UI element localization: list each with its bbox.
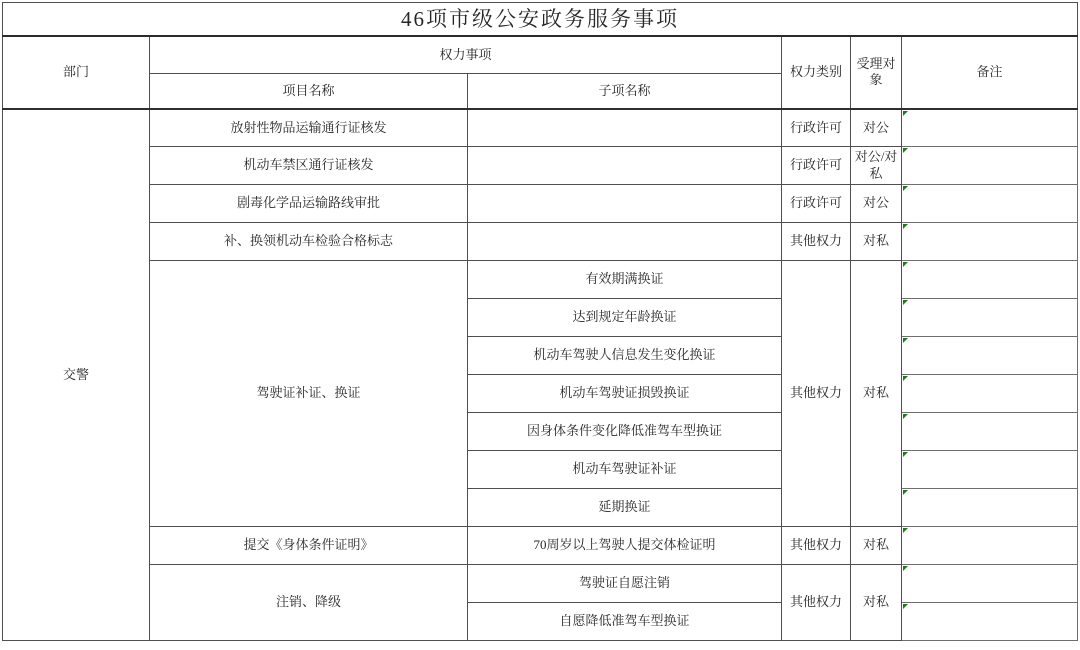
- remark-cell: [902, 489, 1078, 527]
- subitem-cell: 驾驶证自愿注销: [468, 565, 782, 603]
- green-triangle-icon: [903, 414, 908, 419]
- subitem-cell: [468, 109, 782, 147]
- target-cell: 对公: [851, 109, 902, 147]
- target-cell: 对私: [851, 527, 902, 565]
- category-cell: 其他权力: [782, 565, 851, 641]
- subitem-cell: 机动车驾驶证损毁换证: [468, 375, 782, 413]
- header-subitem-name: 子项名称: [468, 74, 782, 109]
- green-triangle-icon: [903, 186, 908, 191]
- green-triangle-icon: [903, 566, 908, 571]
- subitem-cell: [468, 147, 782, 185]
- project-cell: 补、换领机动车检验合格标志: [150, 223, 468, 261]
- header-project-name: 项目名称: [150, 74, 468, 109]
- green-triangle-icon: [903, 224, 908, 229]
- remark-cell: [902, 603, 1078, 641]
- project-cell: 机动车禁区通行证核发: [150, 147, 468, 185]
- target-cell: 对私: [851, 565, 902, 641]
- remark-cell: [902, 413, 1078, 451]
- subitem-cell: 有效期满换证: [468, 261, 782, 299]
- header-department: 部门: [3, 36, 150, 109]
- project-cell: 注销、降级: [150, 565, 468, 641]
- header-power-item: 权力事项: [150, 36, 782, 74]
- remark-cell: [902, 223, 1078, 261]
- subitem-cell: 因身体条件变化降低准驾车型换证: [468, 413, 782, 451]
- subitem-cell: [468, 223, 782, 261]
- category-cell: 其他权力: [782, 261, 851, 527]
- remark-cell: [902, 375, 1078, 413]
- target-cell: 对私: [851, 261, 902, 527]
- header-remark: 备注: [902, 36, 1078, 109]
- green-triangle-icon: [903, 604, 908, 609]
- remark-cell: [902, 147, 1078, 185]
- category-cell: 其他权力: [782, 527, 851, 565]
- header-power-category: 权力类别: [782, 36, 851, 109]
- project-cell: 驾驶证补证、换证: [150, 261, 468, 527]
- project-cell: 放射性物品运输通行证核发: [150, 109, 468, 147]
- service-items-table: 46项市级公安政务服务事项 部门 权力事项 权力类别 受理对象 备注 项目名称 …: [2, 2, 1078, 641]
- subitem-cell: 70周岁以上驾驶人提交体检证明: [468, 527, 782, 565]
- subitem-cell: 机动车驾驶证补证: [468, 451, 782, 489]
- green-triangle-icon: [903, 376, 908, 381]
- green-triangle-icon: [903, 528, 908, 533]
- table-title: 46项市级公安政务服务事项: [3, 3, 1078, 36]
- remark-cell: [902, 185, 1078, 223]
- green-triangle-icon: [903, 300, 908, 305]
- category-cell: 行政许可: [782, 109, 851, 147]
- green-triangle-icon: [903, 338, 908, 343]
- project-cell: 剧毒化学品运输路线审批: [150, 185, 468, 223]
- remark-cell: [902, 451, 1078, 489]
- subitem-cell: 延期换证: [468, 489, 782, 527]
- remark-cell: [902, 109, 1078, 147]
- green-triangle-icon: [903, 111, 908, 116]
- green-triangle-icon: [903, 262, 908, 267]
- remark-cell: [902, 261, 1078, 299]
- document-page: 46项市级公安政务服务事项 部门 权力事项 权力类别 受理对象 备注 项目名称 …: [0, 0, 1080, 650]
- department-cell: 交警: [3, 109, 150, 641]
- category-cell: 其他权力: [782, 223, 851, 261]
- green-triangle-icon: [903, 490, 908, 495]
- remark-cell: [902, 527, 1078, 565]
- target-cell: 对公: [851, 185, 902, 223]
- header-acceptance-target: 受理对象: [851, 36, 902, 109]
- remark-cell: [902, 337, 1078, 375]
- subitem-cell: [468, 185, 782, 223]
- category-cell: 行政许可: [782, 147, 851, 185]
- subitem-cell: 机动车驾驶人信息发生变化换证: [468, 337, 782, 375]
- subitem-cell: 自愿降低准驾车型换证: [468, 603, 782, 641]
- remark-cell: [902, 299, 1078, 337]
- green-triangle-icon: [903, 452, 908, 457]
- green-triangle-icon: [903, 148, 908, 153]
- remark-cell: [902, 565, 1078, 603]
- target-cell: 对公/对私: [851, 147, 902, 185]
- subitem-cell: 达到规定年龄换证: [468, 299, 782, 337]
- category-cell: 行政许可: [782, 185, 851, 223]
- project-cell: 提交《身体条件证明》: [150, 527, 468, 565]
- target-cell: 对私: [851, 223, 902, 261]
